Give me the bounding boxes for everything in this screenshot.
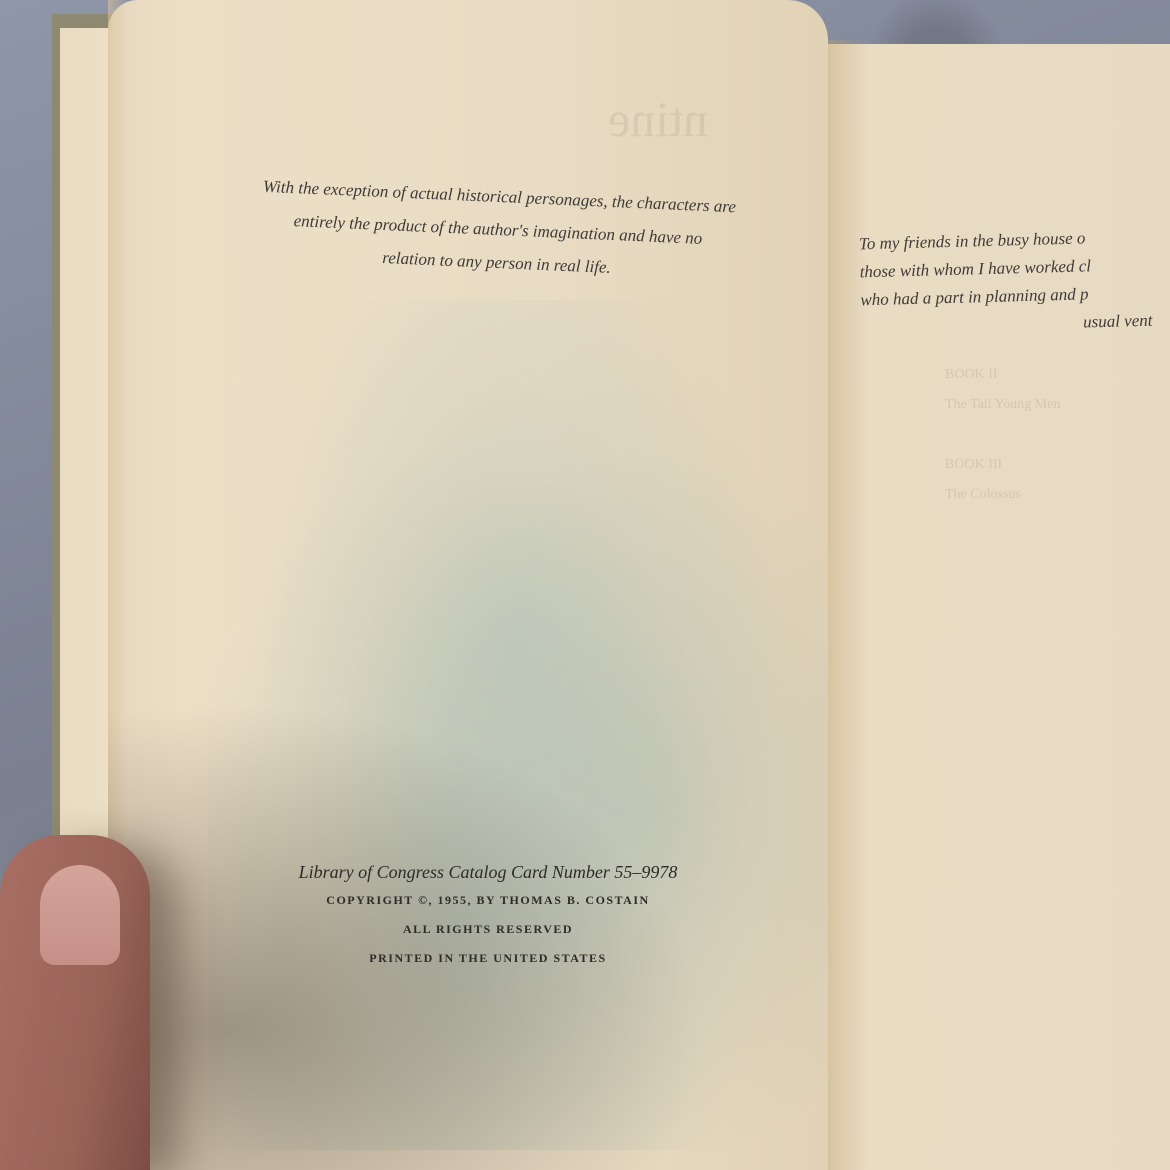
book-gutter [828, 40, 868, 1170]
ghost-line: BOOK II [945, 360, 1060, 390]
left-page[interactable]: ntine With the exception of actual histo… [108, 0, 828, 1170]
ghost-line: The Colossus [945, 480, 1060, 510]
dedication: To my friends in the busy house o those … [859, 222, 1170, 343]
show-through-title: ntine [608, 90, 708, 148]
thumb [0, 835, 150, 1170]
printed-line: PRINTED IN THE UNITED STATES [248, 951, 728, 966]
ghost-line: BOOK III [945, 450, 1060, 480]
rights-line: ALL RIGHTS RESERVED [248, 922, 728, 937]
copyright-line: COPYRIGHT ©, 1955, BY THOMAS B. COSTAIN [248, 893, 728, 908]
catalog-number: Library of Congress Catalog Card Number … [248, 862, 728, 883]
thumbnail [40, 865, 120, 965]
show-through-contents: BOOK II The Tall Young Men BOOK III The … [945, 360, 1060, 510]
ghost-line: The Tall Young Men [945, 390, 1060, 420]
fiction-disclaimer: With the exception of actual historical … [226, 168, 770, 290]
copyright-block: Library of Congress Catalog Card Number … [248, 862, 728, 980]
